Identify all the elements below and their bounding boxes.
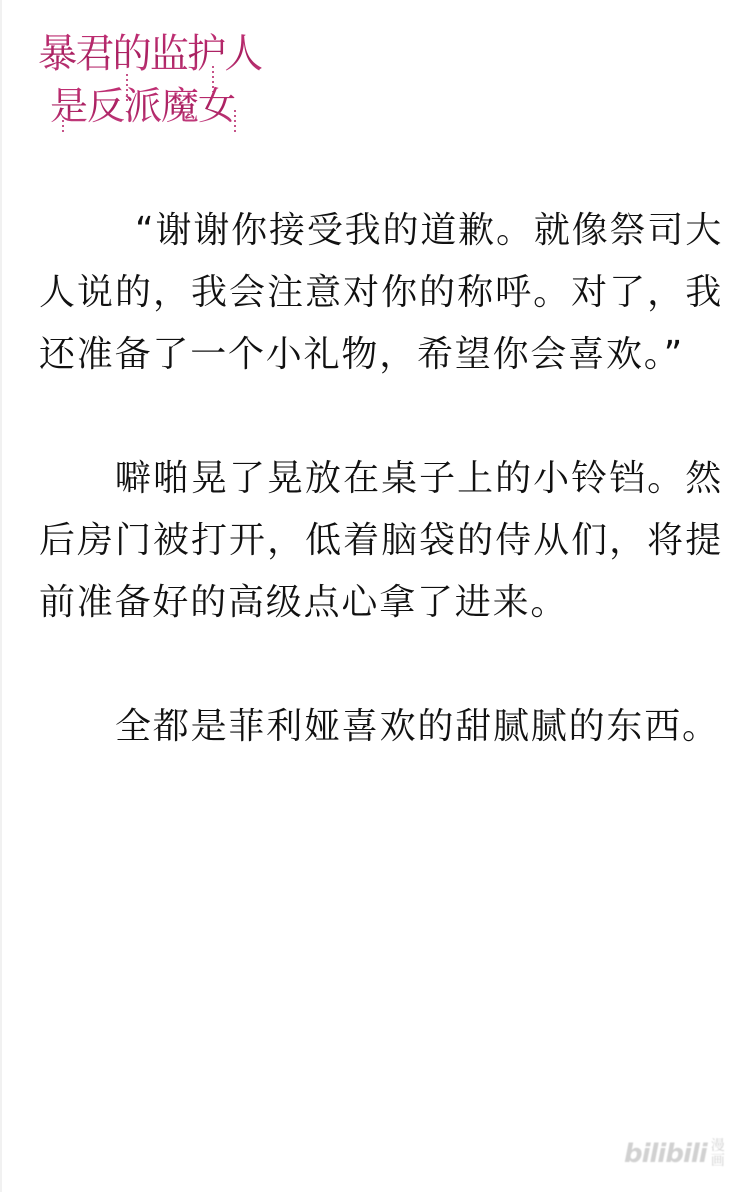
logo-ornament-dots [62, 120, 64, 134]
novel-text: “谢谢你接受我的道歉。就像祭司大人说的，我会注意对你的称呼。对了，我还准备了一个… [39, 200, 723, 820]
logo-ornament-dots [126, 74, 128, 104]
series-title-logo: 暴君的监护人 是反派魔女 [36, 24, 276, 136]
bilibili-comics-watermark: bilibili 漫 画 [624, 1127, 725, 1169]
manhua-tag-char-1: 漫 [711, 1139, 725, 1154]
paragraph-bell: 噼啪晃了晃放在桌子上的小铃铛。然后房门被打开，低着脑袋的侍从们，将提前准备好的高… [39, 448, 723, 634]
paragraph-apology: “谢谢你接受我的道歉。就像祭司大人说的，我会注意对你的称呼。对了，我还准备了一个… [39, 200, 723, 386]
manhua-tag: 漫 画 [711, 1139, 725, 1169]
logo-title-line-1: 暴君的监护人 [38, 26, 261, 82]
comic-page: 暴君的监护人 是反派魔女 “谢谢你接受我的道歉。就像祭司大人说的，我会注意对你的… [0, 0, 754, 1192]
manhua-tag-char-2: 画 [711, 1154, 725, 1169]
logo-ornament-dots [212, 66, 214, 92]
bilibili-logo-icon: bilibili [624, 1139, 707, 1169]
logo-ornament-dots [234, 110, 236, 132]
paragraph-sweets: 全都是菲利娅喜欢的甜腻腻的东西。 [39, 696, 723, 758]
logo-title-line-2: 是反派魔女 [50, 82, 235, 130]
